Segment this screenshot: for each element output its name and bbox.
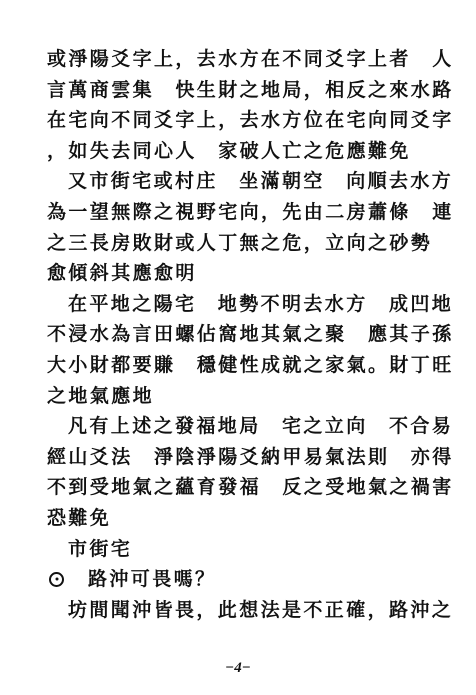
- text-line: 不到受地氣之蘊育發福 反之受地氣之禍害: [47, 472, 439, 503]
- text-line: 經山爻法 淨陰淨陽爻納甲易氣法則 亦得: [47, 442, 439, 473]
- text-line: 恐難免: [47, 503, 439, 534]
- text-line: 之地氣應地: [47, 381, 439, 412]
- body-text: 或淨陽爻字上，去水方在不同爻字上者 人 言萬商雲集 快生財之地局，相反之來水路 …: [47, 44, 439, 625]
- paragraph-start-line: 凡有上述之發福地局 宅之立向 不合易: [47, 411, 439, 442]
- paragraph-start-line: 在平地之陽宅 地勢不明去水方 成凹地: [47, 289, 439, 320]
- section-heading-text: 路沖可畏嗎？: [88, 564, 216, 595]
- text-line: 在宅向不同爻字上，去水方位在宅向同爻字: [47, 105, 439, 136]
- section-label-line: 市街宅: [47, 534, 439, 565]
- text-line: 大小財都要賺 穩健性成就之家氣。財丁旺: [47, 350, 439, 381]
- text-line: 為一望無際之視野宅向，先由二房蕭條 連: [47, 197, 439, 228]
- section-heading: 路沖可畏嗎？: [47, 564, 439, 595]
- text-line: 之三長房敗財或人丁無之危，立向之砂勢: [47, 228, 439, 259]
- circled-dot-bullet-icon: [49, 572, 64, 587]
- paragraph-start-line: 坊間聞沖皆畏，此想法是不正確，路沖之: [47, 595, 439, 626]
- text-line: 不浸水為言田螺佔窩地其氣之聚 應其子孫: [47, 319, 439, 350]
- page-number: −4−: [0, 660, 476, 677]
- document-page: 或淨陽爻字上，去水方在不同爻字上者 人 言萬商雲集 快生財之地局，相反之來水路 …: [0, 0, 476, 695]
- text-line: 或淨陽爻字上，去水方在不同爻字上者 人: [47, 44, 439, 75]
- text-line: ，如失去同心人 家破人亡之危應難免: [47, 136, 439, 167]
- text-line: 愈傾斜其應愈明: [47, 258, 439, 289]
- text-line: 言萬商雲集 快生財之地局，相反之來水路: [47, 75, 439, 106]
- paragraph-start-line: 又市街宅或村庄 坐滿朝空 向順去水方: [47, 166, 439, 197]
